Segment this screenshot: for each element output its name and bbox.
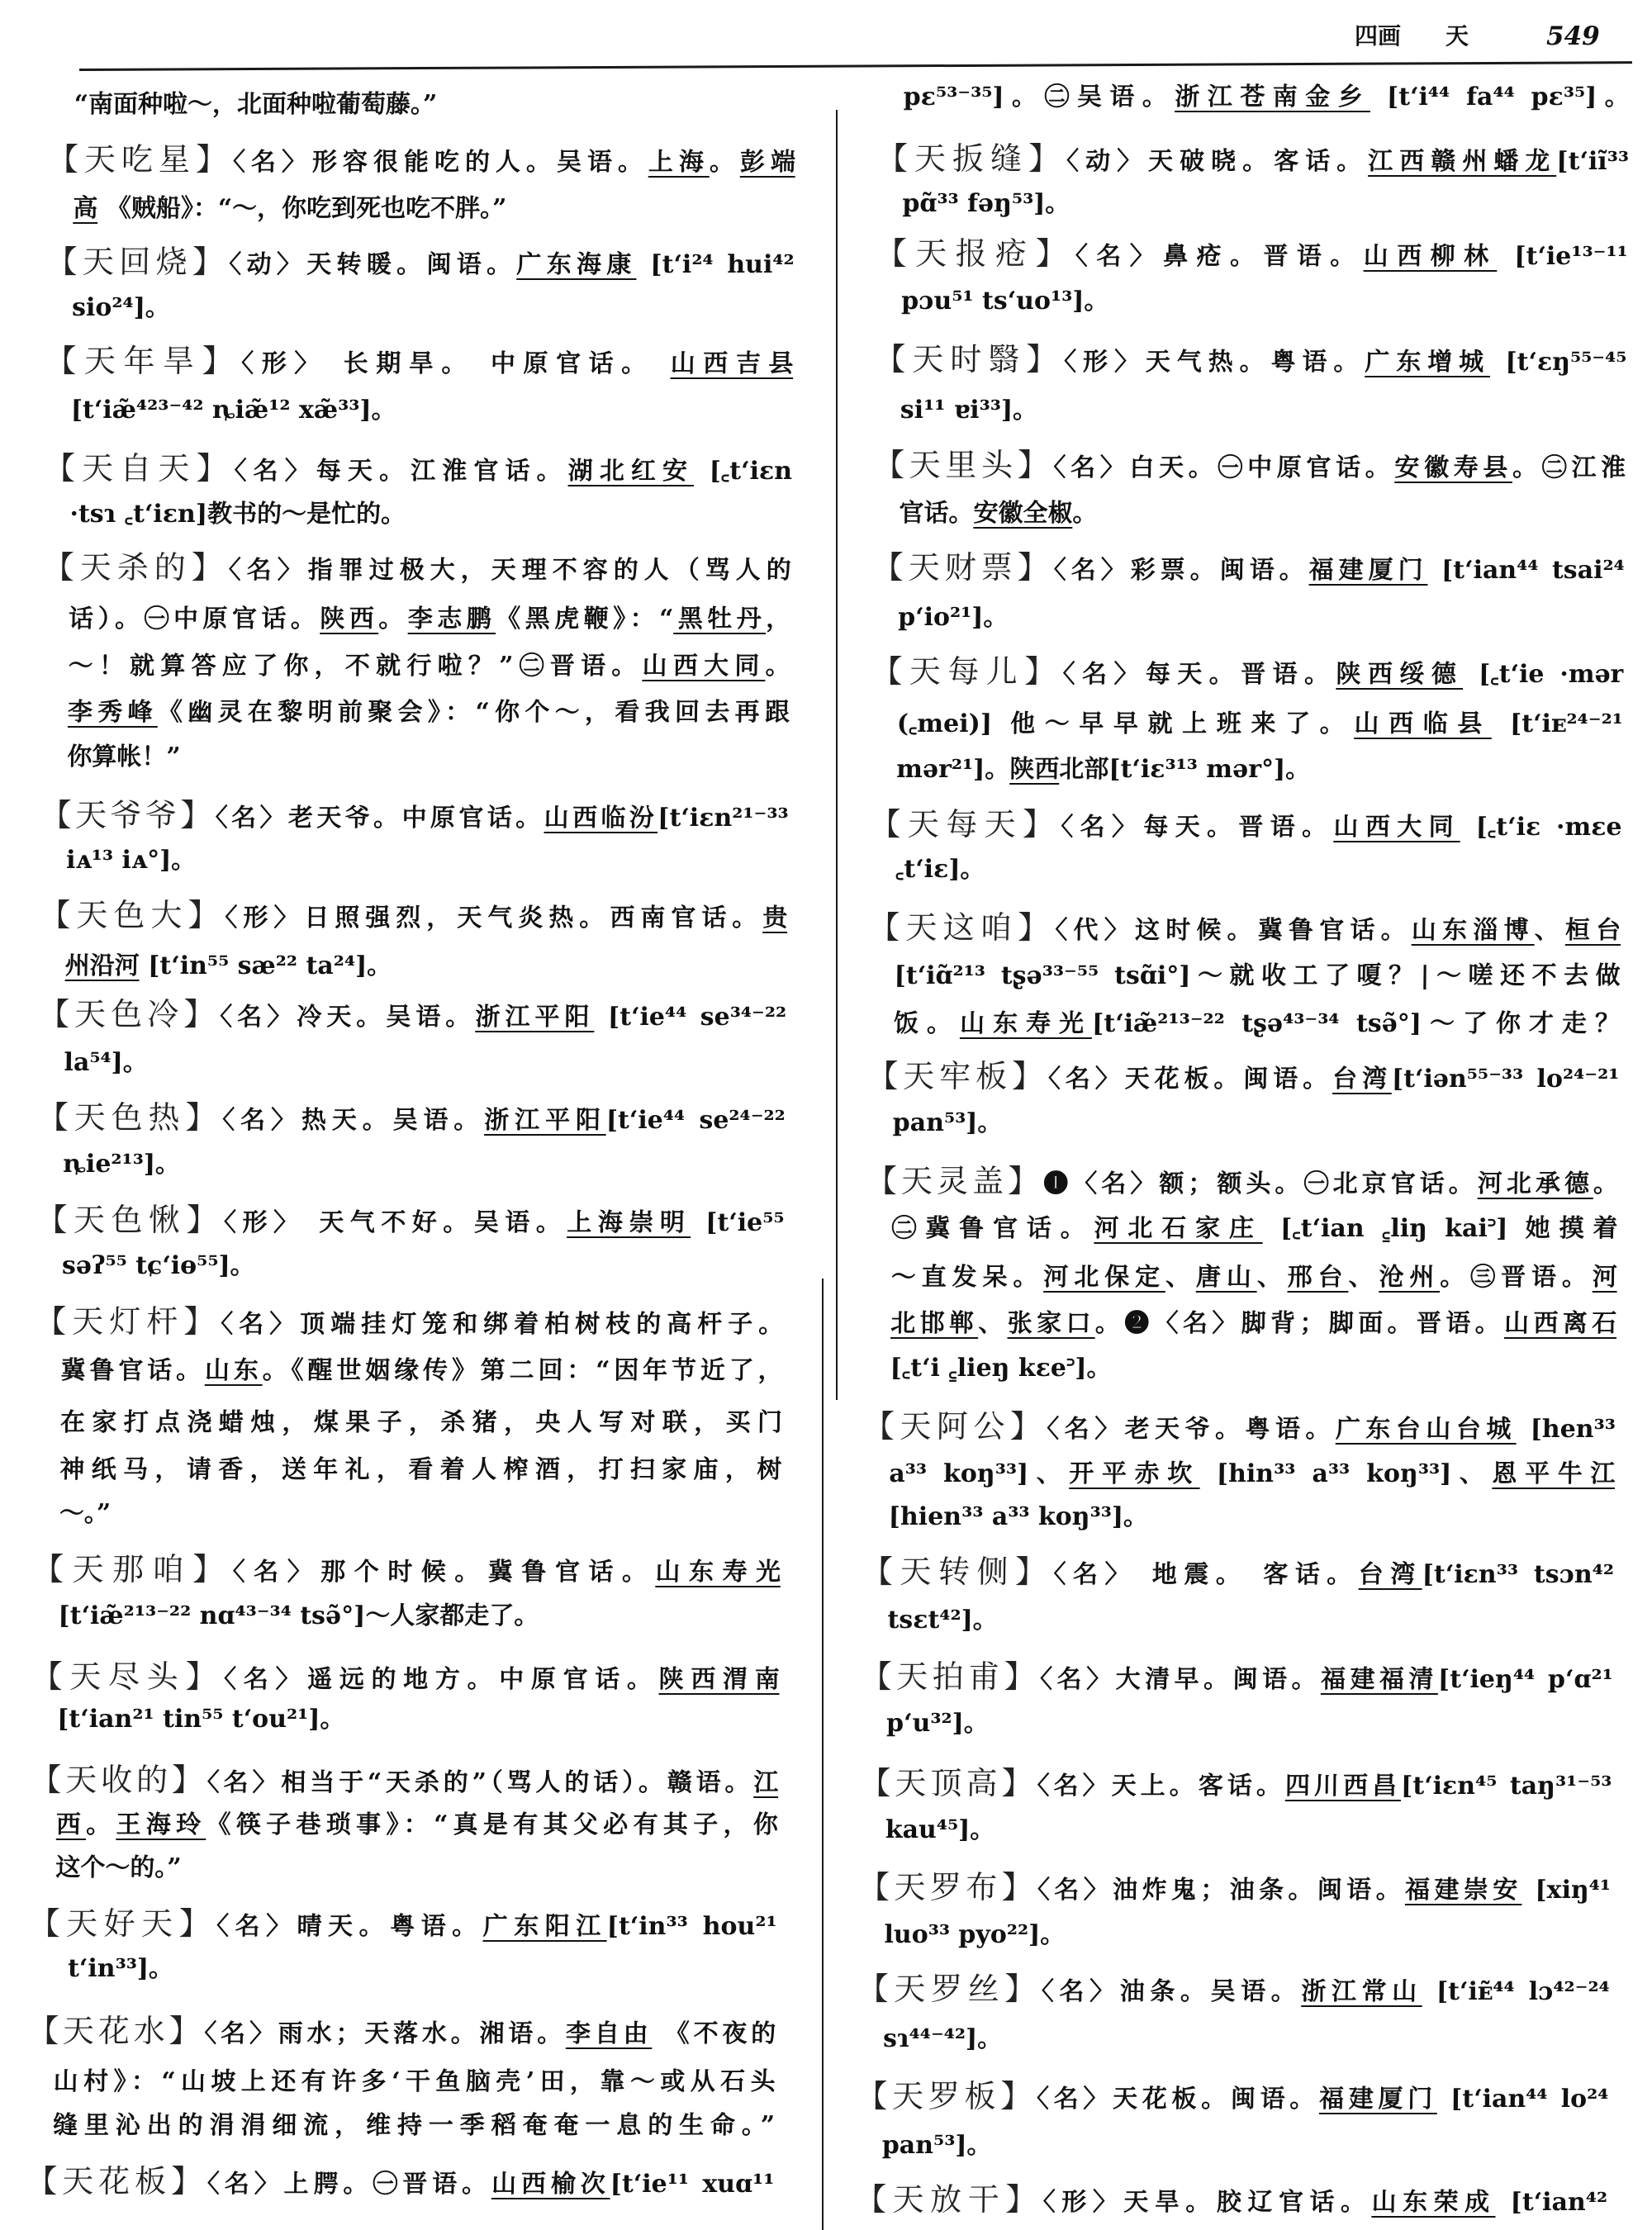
entry-line: [hien³³ a³³ koŋ³³]。 bbox=[889, 1497, 1616, 1537]
definition-text: 。 bbox=[378, 605, 408, 633]
definition-text: [t‘iᴇ̃⁴⁴ lɔ⁴²⁻²⁴ bbox=[1422, 1977, 1610, 2006]
entry-line: 你算帐！” bbox=[67, 738, 790, 777]
headword: 【天色愀】 bbox=[36, 1202, 224, 1238]
proper-name: 福建福清 bbox=[1321, 1665, 1438, 1694]
entry-line: 【天灵盖】❶〈名〉额；额头。㊀北京官话。河北承德。 bbox=[866, 1161, 1619, 1201]
definition-text: 〈名〉相当于“天杀的”（骂人的话）。赣语。 bbox=[207, 1768, 754, 1797]
definition-text: 〈名〉指罪过极大，天理不容的人（骂人的 bbox=[229, 556, 791, 585]
definition-text: si¹¹ ɐi³³]。 bbox=[900, 396, 1038, 425]
definition-text: sio²⁴]。 bbox=[72, 293, 170, 322]
definition-text: [꜀t‘i ꜁lieŋ kɛe꜄]。 bbox=[890, 1354, 1111, 1383]
definition-text: səʔ⁵⁵ tɕ‘iɵ⁵⁵]。 bbox=[62, 1251, 255, 1280]
entry-line: mər²¹]。陕西北部[t‘iɛ³¹³ mər°]。 bbox=[896, 750, 1623, 790]
definition-text: [t‘iən⁵⁵⁻³³ lo²⁴⁻²¹ bbox=[1392, 1065, 1620, 1094]
definition-text: 〈名〉天花板。闽语。 bbox=[1037, 2085, 1320, 2114]
entry-line: [t‘iæ̃⁴²³⁻⁴² ȵiæ̃¹² xæ̃³³]。 bbox=[71, 391, 794, 430]
definition-text: 〈名〉油炸鬼；油条。闽语。 bbox=[1037, 1876, 1405, 1905]
proper-name: 台湾 bbox=[1359, 1560, 1422, 1589]
definition-text: 〈名〉油条。吴语。 bbox=[1042, 1977, 1302, 2006]
definition-text: kau⁴⁵]。 bbox=[885, 1815, 995, 1844]
definition-text: ȵie²¹³]。 bbox=[63, 1150, 180, 1179]
proper-name: 上海 bbox=[648, 148, 710, 177]
definition-text: [t‘ɛŋ⁵⁵⁻⁴⁵ bbox=[1490, 348, 1627, 377]
proper-name: 开平赤坎 bbox=[1069, 1459, 1200, 1488]
definition-text: 〈动〉天转暖。闽语。 bbox=[229, 250, 517, 279]
entry-line: 冀鲁官话。山东。《醒世姻缘传》第二回：“因年节近了， bbox=[60, 1351, 783, 1391]
headword: 【天时翳】 bbox=[874, 341, 1064, 377]
headword: 【天报疮】 bbox=[876, 235, 1076, 272]
proper-name: 李自由 bbox=[566, 2019, 653, 2048]
proper-name: 沧州 bbox=[1379, 1263, 1440, 1292]
entry-line: ～！就算答应了你，不就行啦？”㊁晋语。山西大同。 bbox=[68, 647, 790, 686]
definition-text: 〈名〉白天。㊀中原官话。 bbox=[1053, 453, 1394, 482]
entry-line: (꜀mei)] 他～早早就上班来了。山西临县 [t‘iᴇ²⁴⁻²¹ bbox=[897, 705, 1624, 744]
headword: 【天罗布】 bbox=[858, 1869, 1037, 1905]
proper-name: 四川西昌 bbox=[1285, 1772, 1402, 1801]
definition-text: [t‘iĩ³³ bbox=[1556, 147, 1629, 176]
definition-text: pɑ̃³³ fəŋ⁵³]。 bbox=[902, 189, 1070, 218]
definition-text: [t‘ie⁵⁵ bbox=[691, 1208, 785, 1237]
headword: 【天年旱】 bbox=[45, 343, 241, 379]
definition-text: [꜀t‘iɛn bbox=[694, 457, 792, 486]
definition-text: 〈名〉天花板。闽语。 bbox=[1048, 1065, 1333, 1094]
entry-line: 【天年旱】〈形〉 长期旱。 中原官话。 山西吉县 bbox=[45, 341, 794, 381]
headword: 【天收的】 bbox=[30, 1762, 207, 1798]
proper-name: 陕西绥德 bbox=[1336, 660, 1463, 689]
definition-text: [t‘i⁴⁴ fa⁴⁴ pɛ³⁵]。 bbox=[1370, 83, 1630, 111]
proper-name: 山西柳林 bbox=[1364, 242, 1498, 271]
definition-text: [t‘ian⁴⁴ lo²⁴ bbox=[1437, 2085, 1609, 2114]
entry-line: luo³³ pyo²²]。 bbox=[884, 1915, 1611, 1955]
definition-text: ～！就算答应了你，不就行啦？”㊁晋语。 bbox=[68, 652, 642, 681]
definition-text: 〈名〉遥远的地方。中原官话。 bbox=[224, 1665, 659, 1694]
definition-text: [t‘iɛn²¹⁻³³ bbox=[657, 804, 789, 833]
entry-line: 【天吃星】〈名〉形容很能吃的人。吴语。上海。彭端 bbox=[47, 140, 796, 179]
definition-text: 。㊂晋语。 bbox=[1440, 1263, 1593, 1292]
entry-line: 饭。山东寿光[t‘iæ̃²¹³⁻²² tʂə⁴³⁻³⁴ tsə̃°]～了你才走？ bbox=[894, 1004, 1621, 1044]
proper-name: 安徽寿县 bbox=[1394, 453, 1512, 482]
entry-line: si¹¹ ɐi³³]。 bbox=[900, 391, 1627, 430]
definition-text: 〈名〉热天。吴语。 bbox=[222, 1106, 484, 1135]
definition-text: pan⁵³]。 bbox=[893, 1108, 1003, 1137]
definition-text: [t‘ie¹³⁻¹¹ bbox=[1497, 242, 1628, 271]
definition-text: [t‘ian²¹ tin⁵⁵ t‘ou²¹]。 bbox=[57, 1705, 345, 1734]
definition-text: 〈名〉老天爷。粤语。 bbox=[1047, 1415, 1336, 1444]
definition-text: 《不夜的 bbox=[652, 2019, 776, 2048]
proper-name: 河北承德 bbox=[1478, 1170, 1594, 1198]
entry-line: 【天每儿】〈名〉每天。晋语。陕西绥德 [꜀t‘ie ·mər bbox=[871, 652, 1624, 691]
definition-text: a³³ koŋ³³]、 bbox=[889, 1459, 1069, 1488]
definition-text: 、 bbox=[1535, 916, 1566, 945]
proper-name: 山西榆次 bbox=[491, 2170, 610, 2199]
headword: 【天那咱】 bbox=[32, 1551, 233, 1587]
definition-text: mər²¹]。 bbox=[896, 755, 1009, 784]
definition-text: 〈名〉冷天。吴语。 bbox=[220, 1003, 476, 1032]
entry-line: ꜀t‘iɛ]。 bbox=[895, 850, 1622, 890]
definition-text: [t‘iɛn³³ tsɔn⁴² bbox=[1422, 1560, 1615, 1589]
entry-line: 【天色大】〈形〉日照强烈，天气炎热。西南官话。贵 bbox=[39, 895, 788, 935]
definition-text: [t‘ian⁴⁴ tsai²⁴ bbox=[1427, 556, 1625, 585]
definition-text: 。《醒世姻缘传》第二回：“因年节近了， bbox=[263, 1356, 783, 1385]
proper-name: 广东海康 bbox=[516, 250, 637, 279]
proper-name: 北邯郸 bbox=[890, 1309, 978, 1338]
definition-text: pɛ⁵³⁻³⁵]。㊁吴语。 bbox=[904, 83, 1175, 111]
headword: 【天灵盖】 bbox=[866, 1163, 1044, 1199]
definition-text: 〈名〉鼻疮。晋语。 bbox=[1075, 242, 1364, 271]
headword: 【天阿公】 bbox=[863, 1408, 1047, 1445]
entry-line: 这个～的。” bbox=[55, 1848, 778, 1888]
proper-name: 恩平牛江 bbox=[1492, 1459, 1615, 1488]
definition-text: 〈名〉每天。晋语。 bbox=[1062, 660, 1336, 689]
entry-line: [t‘iæ̃²¹³⁻²² nɑ⁴³⁻³⁴ tsə̃°]～人家都走了。 bbox=[58, 1597, 781, 1636]
proper-name: 浙江常山 bbox=[1301, 1977, 1422, 2006]
definition-text: 饭。 bbox=[894, 1009, 960, 1038]
entry-line: [t‘ian²¹ tin⁵⁵ t‘ou²¹]。 bbox=[57, 1700, 780, 1739]
definition-text: 。 bbox=[710, 148, 740, 177]
definition-text: [꜀t‘ie ·mər bbox=[1463, 660, 1624, 689]
proper-name: 李志鹏 bbox=[408, 605, 496, 633]
entry-line: 【天回烧】〈动〉天转暖。闽语。广东海康 [t‘i²⁴ hui⁴² bbox=[45, 242, 795, 282]
entry-line: ～直发呆。河北保定、唐山、邢台、沧州。㊂晋语。河 bbox=[891, 1258, 1618, 1298]
definition-text: [t‘iɑ̃²¹³ tʂə³³⁻⁵⁵ tsɑ̃i°]～就收工了嗄？|～嗟还不去做 bbox=[894, 961, 1620, 990]
entry-line: pɛ⁵³⁻³⁵]。㊁吴语。浙江苍南金乡 [t‘i⁴⁴ fa⁴⁴ pɛ³⁵]。 bbox=[904, 78, 1631, 117]
proper-name: 浙江平阳 bbox=[475, 1003, 594, 1032]
entry-line: 山村》：“山坡上还有许多‘干鱼脑壳’田，靠～或从石头 bbox=[53, 2062, 776, 2102]
headword: 【天吃星】 bbox=[47, 141, 233, 178]
definition-text: 。㊁江淮 bbox=[1512, 453, 1626, 482]
definition-text: 〈名〉每天。晋语。 bbox=[1061, 813, 1334, 842]
proper-name: 山西离石 bbox=[1504, 1309, 1616, 1338]
entry-line: pan⁵³]。 bbox=[882, 2126, 1609, 2166]
definition-text: 〈名〉 地震。 客话。 bbox=[1053, 1560, 1359, 1589]
entry-line: 【天转侧】〈名〉 地震。 客话。台湾[t‘iɛn³³ tsɔn⁴² bbox=[862, 1552, 1615, 1592]
definition-text: (꜀mei)] 他～早早就上班来了。 bbox=[897, 709, 1355, 738]
definition-text: 〈名〉形容很能吃的人。吴语。 bbox=[233, 148, 648, 177]
definition-text: 。 bbox=[1072, 499, 1097, 528]
definition-text: 山村》：“山坡上还有许多‘干鱼脑壳’田，靠～或从石头 bbox=[53, 2067, 775, 2096]
entry-line: 【天扳缝】〈动〉天破晓。客话。江西赣州蟠龙[t‘iĩ³³ bbox=[876, 139, 1630, 178]
proper-name: 河北石家庄 bbox=[1094, 1214, 1263, 1243]
proper-name: 浙江平阳 bbox=[484, 1106, 606, 1135]
definition-text: 〈形〉日照强烈，天气炎热。西南官话。 bbox=[225, 904, 762, 932]
proper-name: 高 bbox=[73, 194, 97, 223]
entry-line: 【天爷爷】〈名〉老天爷。中原官话。山西临汾[t‘iɛn²¹⁻³³ bbox=[40, 795, 789, 835]
definition-text: 、 bbox=[1165, 1263, 1196, 1292]
definition-text: la⁵⁴]。 bbox=[64, 1048, 148, 1077]
entry-line: 西。王海玲《筷子巷琐事》：“真是有其父必有其子，你 bbox=[56, 1805, 779, 1845]
entry-line: 【天拍甫】〈名〉大清早。闽语。福建福清[t‘ieŋ⁴⁴ p‘ɑ²¹ bbox=[860, 1657, 1613, 1696]
proper-name: 山东 bbox=[205, 1356, 263, 1385]
definition-text: [t‘iᴇ²⁴⁻²¹ bbox=[1492, 709, 1623, 738]
entry-line: 【天花板】〈名〉上腭。㊀晋语。山西榆次[t‘ie¹¹ xuɑ¹¹ bbox=[26, 2161, 775, 2201]
proper-name: 广东增城 bbox=[1365, 348, 1490, 377]
definition-text: 《贼船》：“～，你吃到死也吃不胖。” bbox=[97, 194, 506, 223]
definition-text: 在家打点浇蜡烛，煤果子，杀猪，央人写对联，买门 bbox=[60, 1408, 782, 1437]
headword: 【天灯杆】 bbox=[35, 1303, 221, 1340]
definition-text: [t‘iæ̃⁴²³⁻⁴² ȵiæ̃¹² xæ̃³³]。 bbox=[71, 396, 396, 425]
definition-text: 〈名〉老天爷。中原官话。 bbox=[216, 804, 544, 833]
definition-text: 官话。 bbox=[899, 499, 973, 528]
proper-name: 山西大同 bbox=[1333, 813, 1460, 842]
entry-line: 【天自天】〈名〉每天。江淮官话。湖北红安 [꜀t‘iɛn bbox=[44, 448, 793, 488]
definition-text: 缝里沁出的涓涓细流，维持一季稻奄奄一息的生命。” bbox=[53, 2111, 775, 2140]
definition-text: 〈名〉上腭。㊀晋语。 bbox=[207, 2170, 492, 2199]
definition-text: 、 bbox=[1348, 1263, 1379, 1292]
definition-text: “南面种啦～，北面种啦葡萄藤。” bbox=[74, 90, 437, 119]
definition-text: pɔu⁵¹ ts‘uo¹³]。 bbox=[901, 287, 1109, 316]
definition-text: 〈名〉雨水；天落水。湘语。 bbox=[204, 2019, 566, 2048]
entry-line: p‘u³²]。 bbox=[886, 1704, 1613, 1744]
entry-line: ～。” bbox=[59, 1494, 782, 1534]
definition-text: 〈形〉天气热。粤语。 bbox=[1064, 348, 1365, 377]
entry-line: 【天花水】〈名〉雨水；天落水。湘语。李自由 《不夜的 bbox=[27, 2011, 776, 2051]
definition-text: ㊁冀鲁官话。 bbox=[891, 1214, 1094, 1243]
proper-name: 福建崇安 bbox=[1405, 1876, 1522, 1905]
definition-text: [t‘ie⁴⁴ se³⁴⁻²² bbox=[594, 1003, 786, 1032]
proper-name: 江 bbox=[753, 1768, 778, 1797]
headword: 【天每儿】 bbox=[871, 653, 1063, 690]
entry-line: a³³ koŋ³³]、开平赤坎 [hin³³ a³³ koŋ³³]、恩平牛江 bbox=[889, 1454, 1616, 1494]
entry-line: [t‘iɑ̃²¹³ tʂə³³⁻⁵⁵ tsɑ̃i°]～就收工了嗄？|～嗟还不去做 bbox=[894, 956, 1621, 996]
definition-text: [t‘in⁵⁵ sæ²² ta²⁴]。 bbox=[140, 951, 392, 980]
entry-line: 李秀峰《幽灵在黎明前聚会》：“你个～，看我回去再跟 bbox=[68, 693, 790, 733]
definition-text: 〈动〉天破晓。客话。 bbox=[1066, 147, 1369, 176]
proper-name: 州沿河 bbox=[65, 951, 140, 980]
entry-line: 【天色愀】〈形〉 天气不好。吴语。上海崇明 [t‘ie⁵⁵ bbox=[36, 1200, 785, 1240]
definition-text: [t‘iæ̃²¹³⁻²² tʂə⁴³⁻³⁴ tsə̃°]～了你才走？ bbox=[1092, 1009, 1620, 1038]
definition-text: 〈名〉天上。客话。 bbox=[1037, 1772, 1285, 1801]
headword: 【天罗板】 bbox=[856, 2078, 1037, 2114]
definition-text: 冀鲁官话。 bbox=[60, 1356, 205, 1385]
definition-text: [xiŋ⁴¹ bbox=[1521, 1876, 1611, 1905]
left-column: “南面种啦～，北面种啦葡萄藤。” 【天吃星】〈名〉形容很能吃的人。吴语。上海。彭… bbox=[26, 0, 797, 2230]
definition-text: p‘io²¹]。 bbox=[898, 603, 1009, 632]
proper-name: 山东淄博 bbox=[1412, 916, 1535, 945]
entry-line: sio²⁴]。 bbox=[72, 288, 795, 328]
entry-line: 官话。安徽全椒。 bbox=[899, 494, 1626, 534]
entry-line: 【天收的】〈名〉相当于“天杀的”（骂人的话）。赣语。江 bbox=[30, 1760, 779, 1800]
entry-line: ㊁冀鲁官话。河北石家庄 [꜀t‘ian ꜁liŋ kai꜄] 她摸着 bbox=[891, 1209, 1618, 1249]
entry-line: 【天罗丝】〈名〉油条。吴语。浙江常山 [t‘iᴇ̃⁴⁴ lɔ⁴²⁻²⁴ bbox=[857, 1969, 1611, 2009]
headword: 【天自天】 bbox=[44, 450, 235, 486]
entry-line: 【天顶高】〈名〉天上。客话。四川西昌[t‘iɛn⁴⁵ taŋ³¹⁻⁵³ bbox=[859, 1763, 1612, 1803]
proper-name: 陕西 bbox=[320, 605, 378, 633]
entry-line: 【天财票】〈名〉彩票。闽语。福建厦门 [t‘ian⁴⁴ tsai²⁴ bbox=[872, 548, 1626, 587]
headword: 【天尽头】 bbox=[31, 1658, 225, 1695]
headword: 【天回烧】 bbox=[45, 244, 229, 280]
proper-name: 山西大同 bbox=[642, 652, 765, 681]
proper-name: 江西赣州蟠龙 bbox=[1368, 147, 1556, 176]
entry-line: iᴀ¹³ iᴀ°]。 bbox=[66, 841, 789, 880]
definition-text: 〈名〉每天。江淮官话。 bbox=[234, 457, 568, 486]
proper-name: 山西吉县 bbox=[671, 349, 794, 378]
headword: 【天爷爷】 bbox=[40, 797, 216, 833]
entry-line: 州沿河 [t‘in⁵⁵ sæ²² ta²⁴]。 bbox=[64, 947, 787, 986]
definition-text: 你算帐！” bbox=[67, 743, 181, 771]
proper-name: 台湾 bbox=[1332, 1065, 1392, 1094]
entry-line: 【天尽头】〈名〉遥远的地方。中原官话。陕西渭南 bbox=[31, 1657, 780, 1696]
definition-text: 〈形〉 天气不好。吴语。 bbox=[224, 1208, 567, 1237]
proper-name: 广东台山台城 bbox=[1336, 1415, 1517, 1444]
proper-name: 山西临县 bbox=[1354, 709, 1492, 738]
entry-line: 【天报疮】〈名〉鼻疮。晋语。山西柳林 [t‘ie¹³⁻¹¹ bbox=[876, 234, 1629, 273]
definition-text: 《筷子巷琐事》：“真是有其父必有其子，你 bbox=[206, 1810, 778, 1839]
entry-line: tsɛt⁴²]。 bbox=[887, 1601, 1614, 1640]
definition-text: [t‘ian⁴² bbox=[1496, 2188, 1608, 2217]
proper-name: 西 bbox=[56, 1810, 87, 1839]
entry-line: 在家打点浇蜡烛，煤果子，杀猪，央人写对联，买门 bbox=[60, 1403, 783, 1443]
definition-text: [t‘ieŋ⁴⁴ p‘ɑ²¹ bbox=[1438, 1665, 1613, 1694]
definition-text: [hin³³ a³³ koŋ³³]、 bbox=[1200, 1459, 1493, 1488]
definition-text: 话）。㊀中原官话。 bbox=[69, 605, 320, 633]
definition-text: ～直发呆。 bbox=[891, 1263, 1044, 1292]
definition-text: [t‘iæ̃²¹³⁻²² nɑ⁴³⁻³⁴ tsə̃°]～人家都走了。 bbox=[58, 1601, 539, 1630]
definition-text: 〈名〉彩票。闽语。 bbox=[1054, 556, 1309, 585]
entry-line: 【天杀的】〈名〉指罪过极大，天理不容的人（骂人的 bbox=[43, 548, 792, 587]
proper-name: 桓台 bbox=[1565, 916, 1621, 945]
definition-text: 。 bbox=[86, 1810, 116, 1839]
proper-name: 唐山 bbox=[1196, 1263, 1257, 1292]
proper-name: 广东阳江 bbox=[483, 1912, 607, 1941]
definition-text: 。 bbox=[1593, 1170, 1618, 1198]
headword: 【天色大】 bbox=[39, 897, 225, 933]
entry-line: səʔ⁵⁵ tɕ‘iɵ⁵⁵]。 bbox=[62, 1246, 785, 1286]
entry-line: [꜀t‘i ꜁lieŋ kɛe꜄]。 bbox=[890, 1349, 1616, 1388]
definition-text: ， bbox=[766, 605, 790, 633]
definition-text: 〈形〉 长期旱。 中原官话。 bbox=[241, 349, 671, 378]
definition-text: iᴀ¹³ iᴀ°]。 bbox=[66, 846, 197, 875]
definition-text: [hien³³ a³³ koŋ³³]。 bbox=[889, 1502, 1149, 1531]
definition-text: luo³³ pyo²²]。 bbox=[884, 1920, 1065, 1949]
dictionary-page: “南面种啦～，北面种啦葡萄藤。” 【天吃星】〈名〉形容很能吃的人。吴语。上海。彭… bbox=[0, 0, 1652, 2230]
definition-text: tsɛt⁴²]。 bbox=[887, 1606, 998, 1635]
entry-line: 【天罗板】〈名〉天花板。闽语。福建厦门 [t‘ian⁴⁴ lo²⁴ bbox=[856, 2076, 1609, 2116]
entry-line: 【天牢板】〈名〉天花板。闽语。台湾[t‘iən⁵⁵⁻³³ lo²⁴⁻²¹ bbox=[866, 1056, 1620, 1096]
definition-text: 〈代〉这时候。冀鲁官话。 bbox=[1055, 916, 1412, 945]
definition-text: 《黑虎鞭》：“ bbox=[496, 605, 673, 633]
headword: 【天好天】 bbox=[28, 1905, 216, 1942]
headword: 【天拍甫】 bbox=[861, 1658, 1041, 1695]
definition-text: 《幽灵在黎明前聚会》：“你个～，看我回去再跟 bbox=[158, 698, 790, 727]
right-column: pɛ⁵³⁻³⁵]。㊁吴语。浙江苍南金乡 [t‘i⁴⁴ fa⁴⁴ pɛ³⁵]。 【… bbox=[855, 0, 1631, 2230]
headword: 【天每天】 bbox=[869, 806, 1061, 842]
definition-text: [hen³³ bbox=[1517, 1415, 1616, 1444]
entry-line: 高 《贼船》：“～，你吃到死也吃不胖。” bbox=[73, 189, 795, 229]
definition-text: sɿ⁴⁴⁻⁴²]。 bbox=[883, 2024, 1002, 2053]
entry-line: 【天放干】〈形〉天旱。胶辽官话。山东荣成 [t‘ian⁴² bbox=[855, 2180, 1608, 2219]
headword: 【天顶高】 bbox=[859, 1765, 1037, 1801]
entry-line: ȵie²¹³]。 bbox=[63, 1145, 786, 1184]
definition-text: 〈名〉大清早。闽语。 bbox=[1040, 1665, 1321, 1694]
definition-text: pan⁵³]。 bbox=[882, 2131, 992, 2160]
entry-line: la⁵⁴]。 bbox=[64, 1043, 786, 1083]
entry-line: pɔu⁵¹ ts‘uo¹³]。 bbox=[901, 282, 1628, 321]
proper-name: 湖北红安 bbox=[568, 457, 695, 486]
definition-text: [t‘in³³ hou²¹ bbox=[607, 1912, 777, 1941]
proper-name: 福建厦门 bbox=[1319, 2085, 1437, 2114]
definition-text: ～。” bbox=[59, 1499, 112, 1528]
proper-name: 黑牡丹 bbox=[673, 605, 766, 633]
definition-text: 。 bbox=[765, 652, 790, 681]
definition-text: ❶〈名〉额；额头。㊀北京官话。 bbox=[1043, 1170, 1478, 1198]
entry-line: 【天灯杆】〈名〉顶端挂灯笼和绑着柏树枝的高杆子。 bbox=[35, 1302, 784, 1341]
headword: 【天放干】 bbox=[855, 2181, 1043, 2218]
entry-line: pan⁵³]。 bbox=[893, 1103, 1620, 1143]
definition-text: [꜀t‘ian ꜁liŋ kai꜄] 她摸着 bbox=[1263, 1214, 1618, 1243]
headword: 【天里头】 bbox=[873, 447, 1054, 483]
entry-line: 【天阿公】〈名〉老天爷。粤语。广东台山台城 [hen³³ bbox=[863, 1407, 1616, 1446]
definition-text: p‘u³²]。 bbox=[886, 1709, 989, 1738]
definition-text: 〈名〉顶端挂灯笼和绑着柏树枝的高杆子。 bbox=[221, 1310, 783, 1339]
entry-line: t‘in³³]。 bbox=[68, 1949, 777, 1989]
entry-line: 北邯郸、张家口。❷〈名〉脚背；脚面。晋语。山西离石 bbox=[890, 1304, 1617, 1344]
headword: 【天牢板】 bbox=[866, 1058, 1048, 1094]
proper-name: 安徽全椒 bbox=[973, 499, 1072, 528]
definition-text: 、 bbox=[978, 1309, 1008, 1338]
entry-line: 话）。㊀中原官话。陕西。李志鹏《黑虎鞭》：“黑牡丹， bbox=[69, 600, 791, 639]
definition-text: [꜀t‘iɛ ·mɛe bbox=[1460, 813, 1622, 842]
definition-text: ·tsɿ ꜀t‘iɛn]教书的～是忙的。 bbox=[69, 500, 406, 529]
definition-text: [t‘ie⁴⁴ se²⁴⁻²² bbox=[606, 1106, 786, 1135]
proper-name: 河 bbox=[1593, 1263, 1617, 1292]
entry-line: 【天好天】〈名〉晴天。粤语。广东阳江[t‘in³³ hou²¹ bbox=[28, 1904, 777, 1943]
entry-line: 【天色热】〈名〉热天。吴语。浙江平阳[t‘ie⁴⁴ se²⁴⁻²² bbox=[37, 1098, 786, 1137]
definition-text: 〈名〉晴天。粤语。 bbox=[216, 1912, 483, 1941]
proper-name: 彭端 bbox=[740, 148, 795, 177]
headword: 【天转侧】 bbox=[862, 1554, 1054, 1590]
headword: 【天扳缝】 bbox=[876, 140, 1067, 177]
definition-text: 北部[t‘iɛ³¹³ mər°]。 bbox=[1059, 755, 1310, 784]
proper-name: 浙江苍南金乡 bbox=[1175, 83, 1370, 111]
proper-name: 山东寿光 bbox=[960, 1009, 1092, 1038]
proper-name: 张家口 bbox=[1008, 1309, 1095, 1338]
entry-line: 【天色冷】〈名〉冷天。吴语。浙江平阳 [t‘ie⁴⁴ se³⁴⁻²² bbox=[38, 994, 787, 1034]
proper-name: 上海崇明 bbox=[567, 1208, 691, 1237]
entry-line: 【天每天】〈名〉每天。晋语。山西大同 [꜀t‘iɛ ·mɛe bbox=[869, 804, 1622, 844]
definition-text: [t‘ie¹¹ xuɑ¹¹ bbox=[610, 2170, 775, 2199]
proper-name: 陕西 bbox=[1009, 755, 1059, 784]
entry-line: 【天那咱】〈名〉那个时候。冀鲁官话。山东寿光 bbox=[32, 1549, 781, 1589]
definition-text: [t‘i²⁴ hui⁴² bbox=[636, 250, 794, 279]
entry-line: 【天罗布】〈名〉油炸鬼；油条。闽语。福建崇安 [xiŋ⁴¹ bbox=[858, 1867, 1612, 1907]
headword: 【天花水】 bbox=[27, 2013, 205, 2049]
proper-name: 邢台 bbox=[1288, 1263, 1349, 1292]
definition-text: 神纸马，请香，送年礼，看着人榨酒，打扫家庙，树 bbox=[59, 1455, 781, 1484]
proper-name: 李秀峰 bbox=[68, 698, 158, 727]
entry-line: sɿ⁴⁴⁻⁴²]。 bbox=[883, 2019, 1610, 2059]
headword: 【天罗丝】 bbox=[857, 1971, 1042, 2007]
headword: 【天这咱】 bbox=[868, 909, 1056, 946]
entry-line: pɑ̃³³ fəŋ⁵³]。 bbox=[902, 184, 1629, 224]
entry-line: p‘io²¹]。 bbox=[898, 598, 1625, 638]
entry-line: 神纸马，请香，送年礼，看着人榨酒，打扫家庙，树 bbox=[59, 1450, 782, 1490]
definition-text: 〈名〉那个时候。冀鲁官话。 bbox=[233, 1558, 656, 1587]
entry-line: 缝里沁出的涓涓细流，维持一季稻奄奄一息的生命。” bbox=[53, 2106, 776, 2146]
entry-line: 【天这咱】〈代〉这时候。冀鲁官话。山东淄博、桓台 bbox=[868, 908, 1621, 947]
headword: 【天杀的】 bbox=[43, 549, 229, 586]
proper-name: 河北保定 bbox=[1043, 1263, 1165, 1292]
definition-text: 〈形〉天旱。胶辽官话。 bbox=[1043, 2188, 1372, 2217]
definition-text: 、 bbox=[1257, 1263, 1288, 1292]
headword: 【天财票】 bbox=[872, 549, 1054, 586]
proper-name: 山西临汾 bbox=[544, 804, 657, 833]
definition-text: ꜀t‘iɛ]。 bbox=[895, 855, 985, 884]
definition-text: t‘in³³]。 bbox=[68, 1954, 173, 1983]
entry-line: 【天时翳】〈形〉天气热。粤语。广东增城 [t‘ɛŋ⁵⁵⁻⁴⁵ bbox=[874, 339, 1627, 379]
headword: 【天色热】 bbox=[37, 1099, 223, 1136]
proper-name: 王海玲 bbox=[116, 1810, 206, 1839]
entry-line: “南面种啦～，北面种啦葡萄藤。” bbox=[74, 85, 796, 125]
